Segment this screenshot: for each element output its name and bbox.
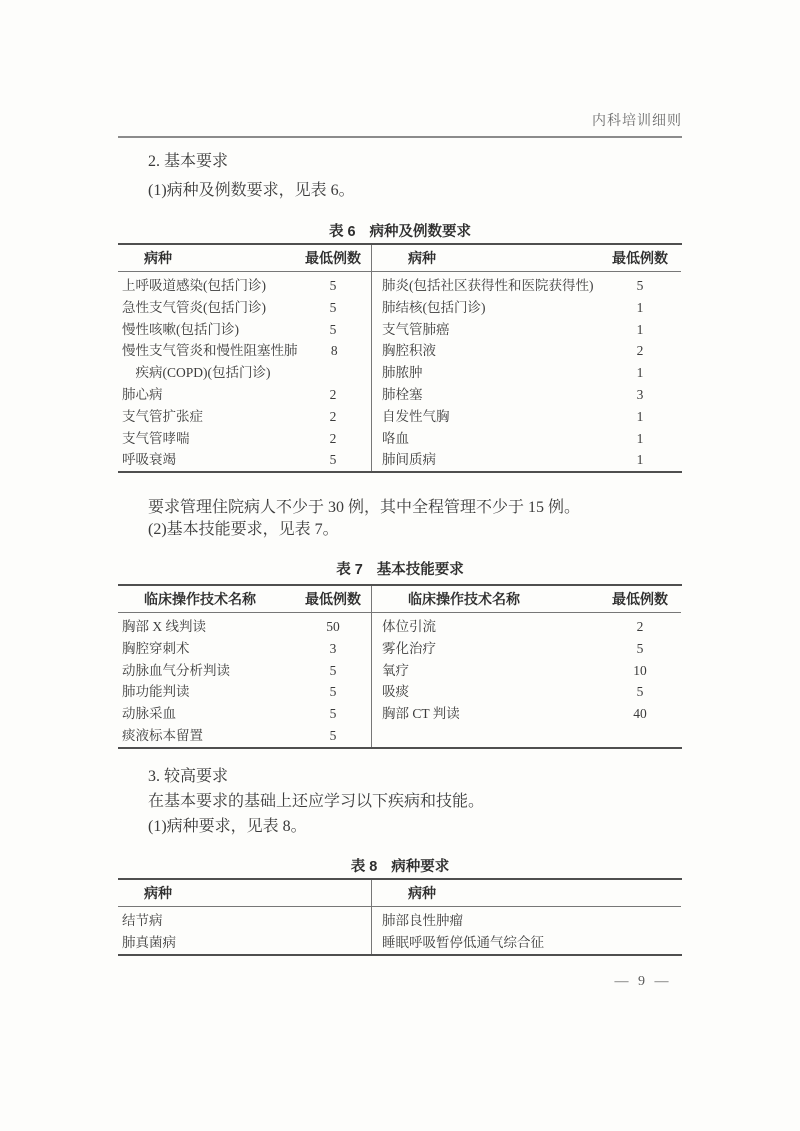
min-cases-value: 3 — [599, 384, 681, 406]
table6-left-body: 上呼吸道感染(包括门诊) 5 急性支气管炎(包括门诊) 5 慢性咳嗽(包括门诊)… — [118, 272, 371, 471]
min-cases-value: 3 — [295, 638, 371, 660]
min-cases-value: 10 — [599, 660, 681, 682]
disease-name: 支气管肺癌 — [372, 319, 599, 341]
min-cases-value: 2 — [599, 616, 681, 638]
table7-title: 基本技能要求 — [377, 562, 464, 578]
para-species-requirement-t6: (1)病种及例数要求，见表 6。 — [118, 181, 682, 201]
skill-name: 动脉血气分析判读 — [118, 660, 295, 682]
table-row: 肺结核(包括门诊) 1 — [372, 297, 681, 319]
min-cases-value: 8 — [298, 340, 372, 362]
table6-title: 病种及例数要求 — [370, 224, 472, 240]
table-row: 慢性咳嗽(包括门诊) 5 — [118, 319, 371, 341]
page-number: — 9 — — [563, 974, 723, 990]
table-row: 氧疗 10 — [372, 660, 681, 682]
disease-name: 自发性气胸 — [372, 406, 599, 428]
min-cases-value: 5 — [295, 660, 371, 682]
disease-name: 肺炎(包括社区获得性和医院获得性) — [372, 275, 599, 297]
table8-right-body: 肺部良性肿瘤 睡眠呼吸暂停低通气综合征 — [372, 907, 681, 954]
disease-name: 结节病 — [118, 910, 371, 932]
min-cases-value: 5 — [599, 638, 681, 660]
min-cases-value: 1 — [599, 362, 681, 384]
disease-name: 肺真菌病 — [118, 932, 371, 954]
para-inpatient-management: 要求管理住院病人不少于 30 例，其中全程管理不少于 15 例。 — [118, 498, 682, 518]
disease-name: 胸腔积液 — [372, 340, 599, 362]
disease-name: 咯血 — [372, 428, 599, 450]
min-cases-value: 5 — [295, 681, 371, 703]
table6: 病种 最低例数 上呼吸道感染(包括门诊) 5 急性支气管炎(包括门诊) 5 — [118, 243, 682, 473]
skill-name: 氧疗 — [372, 660, 599, 682]
min-cases-value: 5 — [295, 703, 371, 725]
table-row: 肺心病 2 — [118, 384, 371, 406]
para-species-requirement-t8: (1)病种要求，见表 8。 — [118, 817, 682, 837]
column-header-min-cases: 最低例数 — [295, 248, 371, 268]
table-row: 肺栓塞 3 — [372, 384, 681, 406]
table8-left-body: 结节病 肺真菌病 — [118, 907, 371, 954]
table-row: 急性支气管炎(包括门诊) 5 — [118, 297, 371, 319]
min-cases-value: 1 — [599, 428, 681, 450]
disease-name: 肺脓肿 — [372, 362, 599, 384]
table-row: 雾化治疗 5 — [372, 638, 681, 660]
disease-name: 肺栓塞 — [372, 384, 599, 406]
table-row: 睡眠呼吸暂停低通气综合征 — [372, 932, 681, 954]
table-row: 痰液标本留置 5 — [118, 725, 371, 747]
disease-name: 慢性支气管炎和慢性阻塞性肺 疾病(COPD)(包括门诊) — [118, 340, 298, 384]
table6-left-header-row: 病种 最低例数 — [118, 245, 371, 272]
section-basic-heading: 2. 基本要求 — [118, 152, 682, 172]
table-row: 支气管扩张症 2 — [118, 406, 371, 428]
table-row: 肺脓肿 1 — [372, 362, 681, 384]
min-cases-value: 5 — [295, 449, 371, 471]
column-header-skill: 临床操作技术名称 — [118, 589, 295, 609]
skill-name: 胸部 CT 判读 — [372, 703, 599, 725]
min-cases-value: 2 — [599, 340, 681, 362]
table6-caption: 表 6病种及例数要求 — [118, 220, 682, 241]
table7-right-body: 体位引流 2 雾化治疗 5 氧疗 10 吸痰 — [372, 613, 681, 725]
table-row: 胸部 X 线判读 50 — [118, 616, 371, 638]
min-cases-value: 2 — [295, 428, 371, 450]
column-header-skill: 临床操作技术名称 — [372, 589, 599, 609]
table7-label: 表 7 — [336, 562, 363, 578]
min-cases-value: 1 — [599, 449, 681, 471]
min-cases-value: 5 — [599, 275, 681, 297]
table7-left-half: 临床操作技术名称 最低例数 胸部 X 线判读 50 胸腔穿刺术 3 — [118, 586, 372, 747]
skill-name: 胸腔穿刺术 — [118, 638, 295, 660]
table7-left-header-row: 临床操作技术名称 最低例数 — [118, 586, 371, 613]
column-header-min-cases: 最低例数 — [599, 589, 681, 609]
section-higher-heading: 3. 较高要求 — [118, 767, 682, 787]
disease-name: 肺心病 — [118, 384, 295, 406]
min-cases-value: 5 — [599, 681, 681, 703]
table7-right-header-row: 临床操作技术名称 最低例数 — [372, 586, 681, 613]
min-cases-value: 2 — [295, 384, 371, 406]
table-row: 结节病 — [118, 910, 371, 932]
skill-name: 体位引流 — [372, 616, 599, 638]
disease-name: 支气管哮喘 — [118, 428, 295, 450]
disease-name: 急性支气管炎(包括门诊) — [118, 297, 295, 319]
column-header-disease: 病种 — [372, 883, 681, 903]
skill-name: 动脉采血 — [118, 703, 295, 725]
table6-right-header-row: 病种 最低例数 — [372, 245, 681, 272]
min-cases-value: 5 — [295, 319, 371, 341]
table-row: 胸部 CT 判读 40 — [372, 703, 681, 725]
min-cases-value: 1 — [599, 406, 681, 428]
table-row: 胸腔积液 2 — [372, 340, 681, 362]
min-cases-value: 5 — [295, 275, 371, 297]
table-row: 体位引流 2 — [372, 616, 681, 638]
table7-left-body: 胸部 X 线判读 50 胸腔穿刺术 3 动脉血气分析判读 5 肺功能判 — [118, 613, 371, 747]
min-cases-value: 1 — [599, 319, 681, 341]
table-row: 咯血 1 — [372, 428, 681, 450]
table8-left-header-row: 病种 — [118, 880, 371, 907]
skill-name: 雾化治疗 — [372, 638, 599, 660]
table7-right-half: 临床操作技术名称 最低例数 体位引流 2 雾化治疗 5 氧 — [372, 586, 681, 747]
disease-name: 上呼吸道感染(包括门诊) — [118, 275, 295, 297]
column-header-disease: 病种 — [372, 248, 599, 268]
table8: 病种 结节病 肺真菌病 病种 — [118, 878, 682, 956]
min-cases-value: 5 — [295, 297, 371, 319]
disease-name: 肺部良性肿瘤 — [372, 910, 681, 932]
table-row: 肺间质病 1 — [372, 449, 681, 471]
table-row: 肺真菌病 — [118, 932, 371, 954]
table6-label: 表 6 — [329, 224, 356, 240]
table6-right-half: 病种 最低例数 肺炎(包括社区获得性和医院获得性) 5 肺结核(包括门诊) 1 — [372, 245, 681, 471]
disease-name: 睡眠呼吸暂停低通气综合征 — [372, 932, 681, 954]
table-row: 上呼吸道感染(包括门诊) 5 — [118, 275, 371, 297]
disease-name: 肺间质病 — [372, 449, 599, 471]
table8-right-header-row: 病种 — [372, 880, 681, 907]
page-header-title: 内科培训细则 — [118, 110, 682, 130]
skill-name: 肺功能判读 — [118, 681, 295, 703]
disease-name: 慢性咳嗽(包括门诊) — [118, 319, 295, 341]
document-page: 内科培训细则 2. 基本要求 (1)病种及例数要求，见表 6。 表 6病种及例数… — [0, 0, 800, 1131]
para-skill-requirement-t7: (2)基本技能要求，见表 7。 — [118, 520, 682, 540]
table8-title: 病种要求 — [391, 859, 449, 875]
table7: 临床操作技术名称 最低例数 胸部 X 线判读 50 胸腔穿刺术 3 — [118, 584, 682, 749]
column-header-min-cases: 最低例数 — [599, 248, 681, 268]
table-row: 慢性支气管炎和慢性阻塞性肺 疾病(COPD)(包括门诊) 8 — [118, 340, 371, 384]
disease-name: 肺结核(包括门诊) — [372, 297, 599, 319]
table-row: 肺炎(包括社区获得性和医院获得性) 5 — [372, 275, 681, 297]
table-row: 胸腔穿刺术 3 — [118, 638, 371, 660]
table7-caption: 表 7基本技能要求 — [118, 558, 682, 579]
table8-right-half: 病种 肺部良性肿瘤 睡眠呼吸暂停低通气综合征 — [372, 880, 681, 954]
table-row: 支气管肺癌 1 — [372, 319, 681, 341]
header-rule — [118, 136, 682, 138]
para-higher-intro: 在基本要求的基础上还应学习以下疾病和技能。 — [118, 792, 682, 812]
table-row: 动脉血气分析判读 5 — [118, 660, 371, 682]
table-row: 动脉采血 5 — [118, 703, 371, 725]
disease-name: 呼吸衰竭 — [118, 449, 295, 471]
min-cases-value: 50 — [295, 616, 371, 638]
table8-label: 表 8 — [351, 859, 378, 875]
min-cases-value: 1 — [599, 297, 681, 319]
skill-name: 痰液标本留置 — [118, 725, 295, 747]
min-cases-value: 40 — [599, 703, 681, 725]
skill-name: 吸痰 — [372, 681, 599, 703]
min-cases-value: 2 — [295, 406, 371, 428]
table-row: 吸痰 5 — [372, 681, 681, 703]
table8-caption: 表 8病种要求 — [118, 855, 682, 876]
min-cases-value: 5 — [295, 725, 371, 747]
table-row: 支气管哮喘 2 — [118, 428, 371, 450]
table-row: 呼吸衰竭 5 — [118, 449, 371, 471]
table8-left-half: 病种 结节病 肺真菌病 — [118, 880, 372, 954]
table-row: 肺功能判读 5 — [118, 681, 371, 703]
table-row: 自发性气胸 1 — [372, 406, 681, 428]
disease-name: 支气管扩张症 — [118, 406, 295, 428]
table6-right-body: 肺炎(包括社区获得性和医院获得性) 5 肺结核(包括门诊) 1 支气管肺癌 1 — [372, 272, 681, 471]
column-header-disease: 病种 — [118, 248, 295, 268]
table-row: 肺部良性肿瘤 — [372, 910, 681, 932]
skill-name: 胸部 X 线判读 — [118, 616, 295, 638]
table6-left-half: 病种 最低例数 上呼吸道感染(包括门诊) 5 急性支气管炎(包括门诊) 5 — [118, 245, 372, 471]
column-header-disease: 病种 — [118, 883, 371, 903]
column-header-min-cases: 最低例数 — [295, 589, 371, 609]
